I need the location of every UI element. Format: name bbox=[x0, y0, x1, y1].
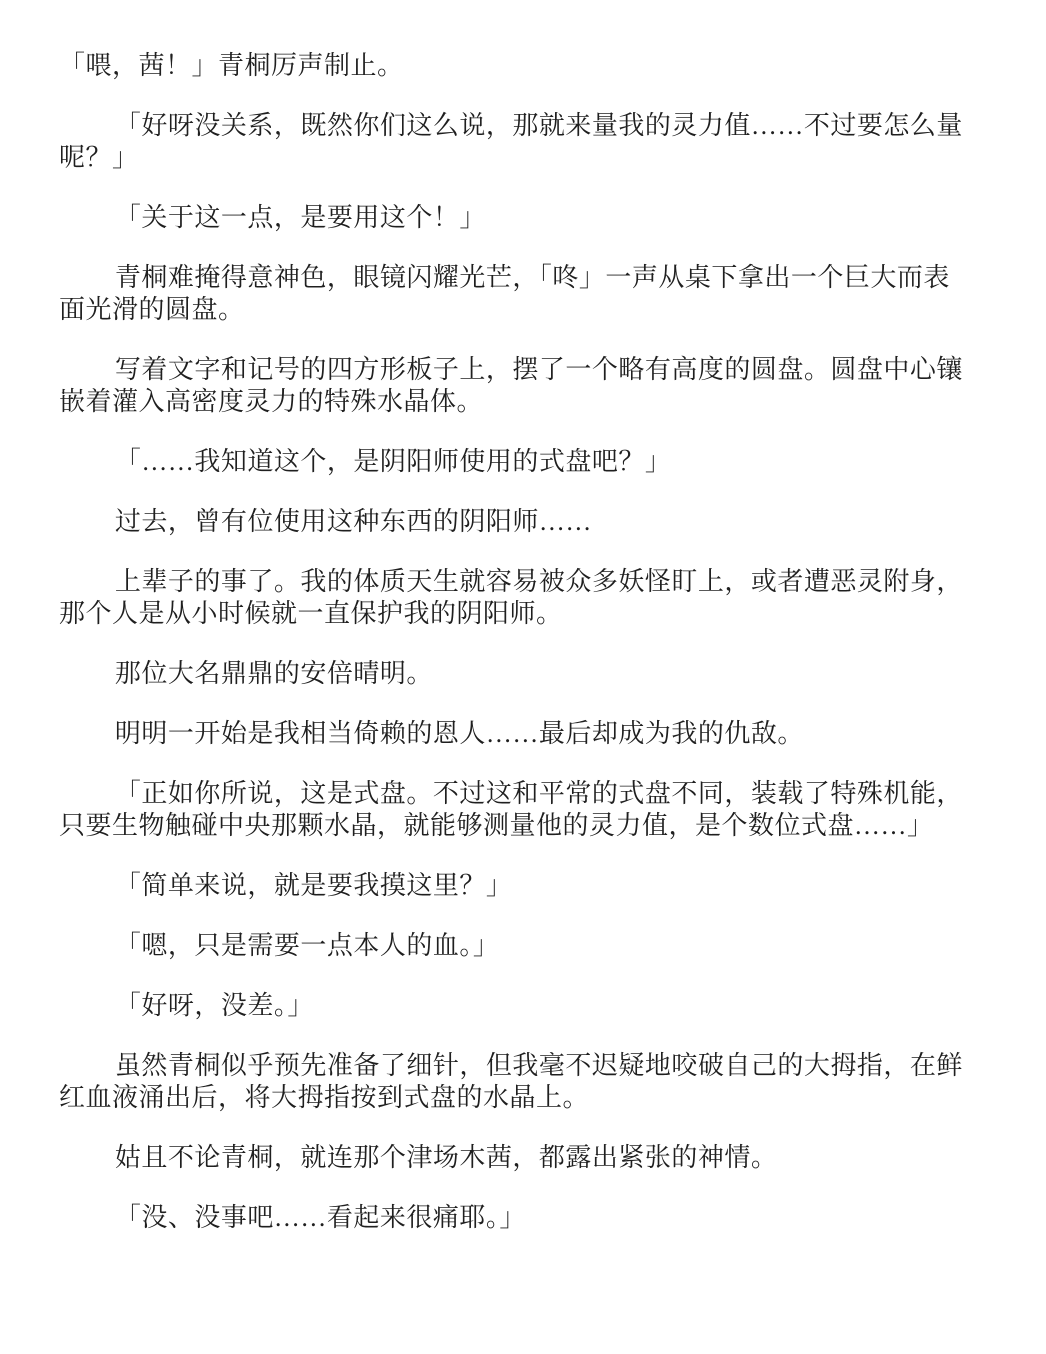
paragraph: 青桐难掩得意神色，眼镜闪耀光芒，「咚」一声从桌下拿出一个巨大而表面光滑的圆盘。 bbox=[59, 262, 971, 326]
paragraph: 明明一开始是我相当倚赖的恩人……最后却成为我的仇敌。 bbox=[59, 718, 971, 750]
paragraph: 那位大名鼎鼎的安倍晴明。 bbox=[59, 658, 971, 690]
paragraph: 「关于这一点，是要用这个！」 bbox=[59, 202, 971, 234]
paragraph: 写着文字和记号的四方形板子上，摆了一个略有高度的圆盘。圆盘中心镶嵌着灌入高密度灵… bbox=[59, 354, 971, 418]
page: 「喂，茜！」青桐厉声制止。 「好呀没关系，既然你们这么说，那就来量我的灵力值……… bbox=[0, 0, 1046, 1354]
paragraph: 虽然青桐似乎预先准备了细针，但我毫不迟疑地咬破自己的大拇指，在鲜红血液涌出后，将… bbox=[59, 1050, 971, 1114]
paragraph: 「好呀没关系，既然你们这么说，那就来量我的灵力值……不过要怎么量呢？」 bbox=[59, 110, 971, 174]
paragraph: 「简单来说，就是要我摸这里？」 bbox=[59, 870, 971, 902]
paragraph: 「正如你所说，这是式盘。不过这和平常的式盘不同，装载了特殊机能，只要生物触碰中央… bbox=[59, 778, 971, 842]
paragraph: 上辈子的事了。我的体质天生就容易被众多妖怪盯上，或者遭恶灵附身，那个人是从小时候… bbox=[59, 566, 971, 630]
paragraph: 姑且不论青桐，就连那个津场木茜，都露出紧张的神情。 bbox=[59, 1142, 971, 1174]
paragraph: 「……我知道这个，是阴阳师使用的式盘吧？」 bbox=[59, 446, 971, 478]
paragraph: 「好呀，没差。」 bbox=[59, 990, 971, 1022]
paragraph: 过去，曾有位使用这种东西的阴阳师…… bbox=[59, 506, 971, 538]
paragraph: 「没、没事吧……看起来很痛耶。」 bbox=[59, 1202, 971, 1234]
paragraph: 「嗯，只是需要一点本人的血。」 bbox=[59, 930, 971, 962]
novel-text-block: 「喂，茜！」青桐厉声制止。 「好呀没关系，既然你们这么说，那就来量我的灵力值……… bbox=[59, 50, 971, 1262]
paragraph: 「喂，茜！」青桐厉声制止。 bbox=[59, 50, 971, 82]
